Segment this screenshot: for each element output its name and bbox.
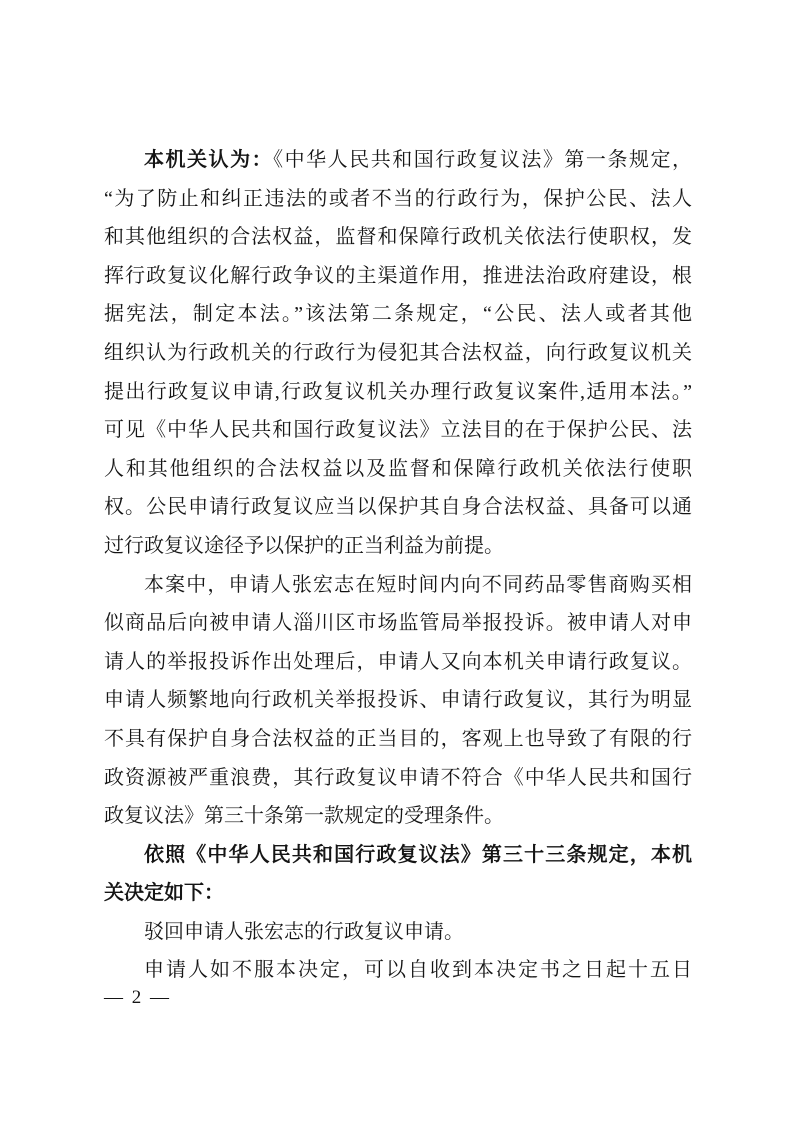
text-run: 挥行政复议化解行政争议的主渠道作用，推进法治政府建设，根 bbox=[104, 265, 692, 287]
text-line: 据宪法，制定本法。”该法第二条规定，“公民、法人或者其他 bbox=[104, 295, 692, 334]
text-run: 申请人频繁地向行政机关举报投诉、申请行政复议，其行为明显 bbox=[104, 689, 692, 711]
text-line: 驳回申请人张宏志的行政复议申请。 bbox=[104, 913, 692, 952]
text-line: 过行政复议途径予以保护的正当利益为前提。 bbox=[104, 527, 692, 566]
text-run: 政资源被严重浪费，其行政复议申请不符合《中华人民共和国行 bbox=[104, 767, 692, 789]
text-run: 和其他组织的合法权益，监督和保障行政机关依法行使职权，发 bbox=[104, 226, 692, 248]
text-line: 政资源被严重浪费，其行政复议申请不符合《中华人民共和国行 bbox=[104, 759, 692, 798]
text-run: 可见《中华人民共和国行政复议法》立法目的在于保护公民、法 bbox=[104, 419, 692, 441]
text-line: 提出行政复议申请,行政复议机关办理行政复议案件,适用本法。” bbox=[104, 373, 692, 412]
text-run: “为了防止和纠正违法的或者不当的行政行为，保护公民、法人 bbox=[104, 188, 692, 210]
text-line: 权。公民申请行政复议应当以保护其自身合法权益、具备可以通 bbox=[104, 488, 692, 527]
document-page: 本机关认为：《中华人民共和国行政复议法》第一条规定，“为了防止和纠正违法的或者不… bbox=[0, 0, 794, 1123]
text-line: 本案中，申请人张宏志在短时间内向不同药品零售商购买相 bbox=[104, 566, 692, 605]
text-run: 过行政复议途径予以保护的正当利益为前提。 bbox=[104, 535, 504, 557]
text-run: 提出行政复议申请,行政复议机关办理行政复议案件,适用本法。” bbox=[104, 381, 692, 403]
bold-text-run: 本机关认为： bbox=[144, 149, 273, 171]
text-line: 关决定如下： bbox=[104, 874, 692, 913]
text-line: 和其他组织的合法权益，监督和保障行政机关依法行使职权，发 bbox=[104, 218, 692, 257]
text-run: 请人的举报投诉作出处理后，申请人又向本机关申请行政复议。 bbox=[104, 651, 692, 673]
text-line: 请人的举报投诉作出处理后，申请人又向本机关申请行政复议。 bbox=[104, 643, 692, 682]
bold-text-run: 关决定如下： bbox=[104, 882, 224, 904]
text-line: 本机关认为：《中华人民共和国行政复议法》第一条规定， bbox=[104, 141, 692, 180]
text-line: 申请人频繁地向行政机关举报投诉、申请行政复议，其行为明显 bbox=[104, 681, 692, 720]
bold-text-run: 依照《中华人民共和国行政复议法》第三十三条规定，本机 bbox=[144, 844, 692, 866]
text-line: 人和其他组织的合法权益以及监督和保障行政机关依法行使职 bbox=[104, 450, 692, 489]
text-line: 申请人如不服本决定，可以自收到本决定书之日起十五日 bbox=[104, 951, 692, 990]
page-number: — 2 — bbox=[104, 986, 171, 1010]
text-run: 申请人如不服本决定，可以自收到本决定书之日起十五日 bbox=[144, 959, 692, 981]
text-line: 似商品后向被申请人淄川区市场监管局举报投诉。被申请人对申 bbox=[104, 604, 692, 643]
text-body: 本机关认为：《中华人民共和国行政复议法》第一条规定，“为了防止和纠正违法的或者不… bbox=[104, 141, 692, 990]
text-line: 挥行政复议化解行政争议的主渠道作用，推进法治政府建设，根 bbox=[104, 257, 692, 296]
text-run: 驳回申请人张宏志的行政复议申请。 bbox=[144, 921, 464, 943]
text-line: 不具有保护自身合法权益的正当目的，客观上也导致了有限的行 bbox=[104, 720, 692, 759]
text-run: 不具有保护自身合法权益的正当目的，客观上也导致了有限的行 bbox=[104, 728, 692, 750]
text-line: 依照《中华人民共和国行政复议法》第三十三条规定，本机 bbox=[104, 836, 692, 875]
text-line: 可见《中华人民共和国行政复议法》立法目的在于保护公民、法 bbox=[104, 411, 692, 450]
text-run: 政复议法》第三十条第一款规定的受理条件。 bbox=[104, 805, 504, 827]
text-run: 《中华人民共和国行政复议法》第一条规定， bbox=[273, 149, 692, 171]
text-run: 组织认为行政机关的行政行为侵犯其合法权益，向行政复议机关 bbox=[104, 342, 692, 364]
text-run: 人和其他组织的合法权益以及监督和保障行政机关依法行使职 bbox=[104, 458, 692, 480]
text-line: 组织认为行政机关的行政行为侵犯其合法权益，向行政复议机关 bbox=[104, 334, 692, 373]
text-run: 权。公民申请行政复议应当以保护其自身合法权益、具备可以通 bbox=[104, 496, 692, 518]
text-line: 政复议法》第三十条第一款规定的受理条件。 bbox=[104, 797, 692, 836]
text-run: 本案中，申请人张宏志在短时间内向不同药品零售商购买相 bbox=[144, 574, 692, 596]
text-line: “为了防止和纠正违法的或者不当的行政行为，保护公民、法人 bbox=[104, 180, 692, 219]
text-run: 似商品后向被申请人淄川区市场监管局举报投诉。被申请人对申 bbox=[104, 612, 692, 634]
text-run: 据宪法，制定本法。”该法第二条规定，“公民、法人或者其他 bbox=[104, 303, 692, 325]
